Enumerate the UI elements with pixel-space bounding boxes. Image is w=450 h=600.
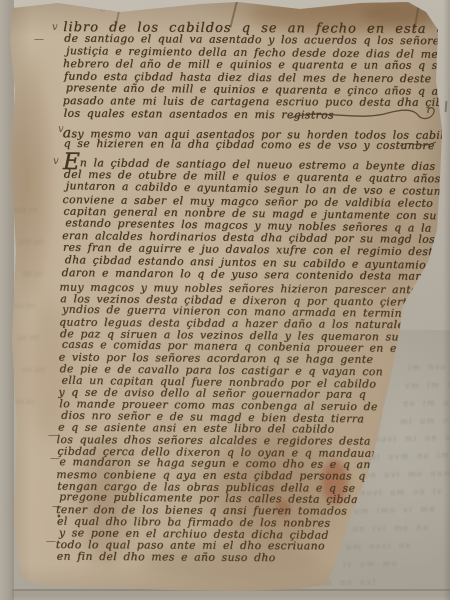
manuscript-line: e visto por los señores acordaron q se h… bbox=[59, 351, 448, 366]
margin-ghost-line: uv mi bbox=[18, 333, 39, 342]
manuscript-line: hebrero del año de mill e quinios e quar… bbox=[63, 57, 449, 71]
manuscript-line: muy magcos y muy nobles señores hizieron… bbox=[59, 281, 448, 296]
margin-mark: — bbox=[52, 501, 62, 512]
manuscript-line: En la çibdad de santiago del nueuo estre… bbox=[63, 156, 449, 172]
paragraph-p-acta: En la çibdad de santiago del nueuo estre… bbox=[63, 155, 449, 282]
manuscript-line: quatro leguas desta çibdad a hazer daño … bbox=[59, 316, 448, 331]
margin-mark: • bbox=[56, 512, 62, 523]
margin-mark: v bbox=[58, 124, 64, 135]
manuscript-line: libro de los cabildos q se an fecho en e… bbox=[63, 20, 449, 34]
margin-ghost-line: ivm on bbox=[18, 237, 43, 246]
margin-mark: — bbox=[48, 430, 58, 441]
paragraph-p-note: asy mesmo van aqui asentados por su hord… bbox=[64, 125, 449, 152]
margin-mark: — bbox=[50, 453, 60, 464]
end-flourish bbox=[288, 103, 438, 127]
margin-mark: — bbox=[34, 34, 44, 45]
note-flourish bbox=[398, 137, 440, 151]
margin-ghost-line: im vo bbox=[14, 397, 35, 406]
margin-mark: v bbox=[52, 22, 58, 33]
manuscript-line: asy mesmo van aqui asentados por su hord… bbox=[63, 125, 449, 139]
margin-ghost-line: on um bbox=[22, 365, 46, 374]
illuminated-initial: E bbox=[63, 149, 80, 175]
margin-ghost-line: no im bbox=[14, 301, 35, 310]
margin-ghost-line: um no bbox=[14, 205, 38, 214]
margin-mark: — bbox=[46, 536, 56, 547]
margin-ghost-line: mi uv bbox=[22, 269, 43, 278]
book-right-edge bbox=[443, 0, 450, 600]
stain bbox=[12, 55, 48, 305]
margin-mark: v bbox=[53, 156, 59, 167]
book-left-edge bbox=[0, 0, 14, 600]
manuscript-photo: im nvo um mi onvm im novi mi um onno im … bbox=[0, 0, 450, 600]
